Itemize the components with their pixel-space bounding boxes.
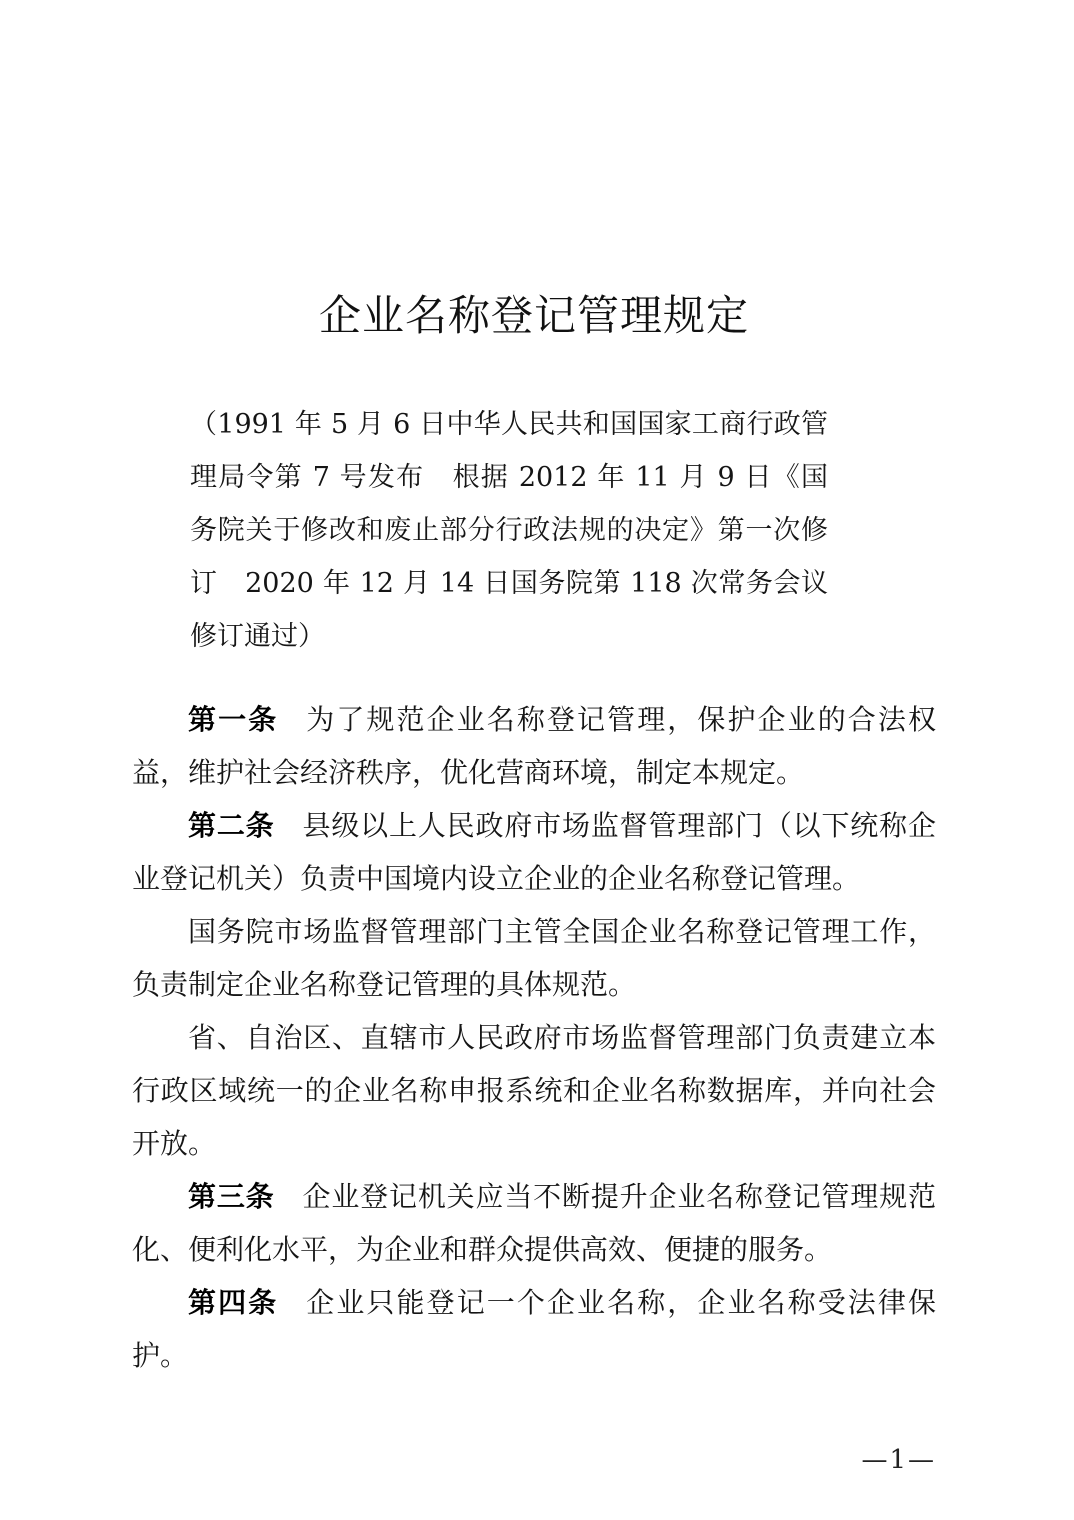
document-content: 企业名称登记管理规定 （1991 年 5 月 6 日中华人民共和国国家工商行政管… bbox=[0, 0, 1074, 1382]
article-paragraph: 第四条企业只能登记一个企业名称，企业名称受法律保护。 bbox=[132, 1276, 936, 1382]
article-paragraph: 第一条为了规范企业名称登记管理，保护企业的合法权益，维护社会经济秩序，优化营商环… bbox=[132, 693, 936, 799]
article-text: 省、自治区、直辖市人民政府市场监督管理部门负责建立本行政区域统一的企业名称申报系… bbox=[132, 1021, 936, 1160]
article-label: 第三条 bbox=[188, 1180, 275, 1213]
article-paragraph: 第三条企业登记机关应当不断提升企业名称登记管理规范化、便利化水平，为企业和群众提… bbox=[132, 1170, 936, 1276]
article-label: 第二条 bbox=[188, 809, 275, 842]
page-number: —1— bbox=[861, 1445, 936, 1475]
article-text: 国务院市场监督管理部门主管全国企业名称登记管理工作，负责制定企业名称登记管理的具… bbox=[132, 915, 936, 1001]
page-title: 企业名称登记管理规定 bbox=[132, 292, 936, 340]
article-paragraph: 省、自治区、直辖市人民政府市场监督管理部门负责建立本行政区域统一的企业名称申报系… bbox=[132, 1011, 936, 1170]
preamble-note: （1991 年 5 月 6 日中华人民共和国国家工商行政管理局令第 7 号发布 … bbox=[190, 398, 828, 663]
article-label: 第四条 bbox=[188, 1286, 278, 1319]
article-paragraph: 国务院市场监督管理部门主管全国企业名称登记管理工作，负责制定企业名称登记管理的具… bbox=[132, 905, 936, 1011]
article-label: 第一条 bbox=[188, 703, 278, 736]
document-page: 企业名称登记管理规定 （1991 年 5 月 6 日中华人民共和国国家工商行政管… bbox=[0, 0, 1074, 1520]
article-paragraph: 第二条县级以上人民政府市场监督管理部门（以下统称企业登记机关）负责中国境内设立企… bbox=[132, 799, 936, 905]
document-body: 第一条为了规范企业名称登记管理，保护企业的合法权益，维护社会经济秩序，优化营商环… bbox=[132, 693, 936, 1382]
